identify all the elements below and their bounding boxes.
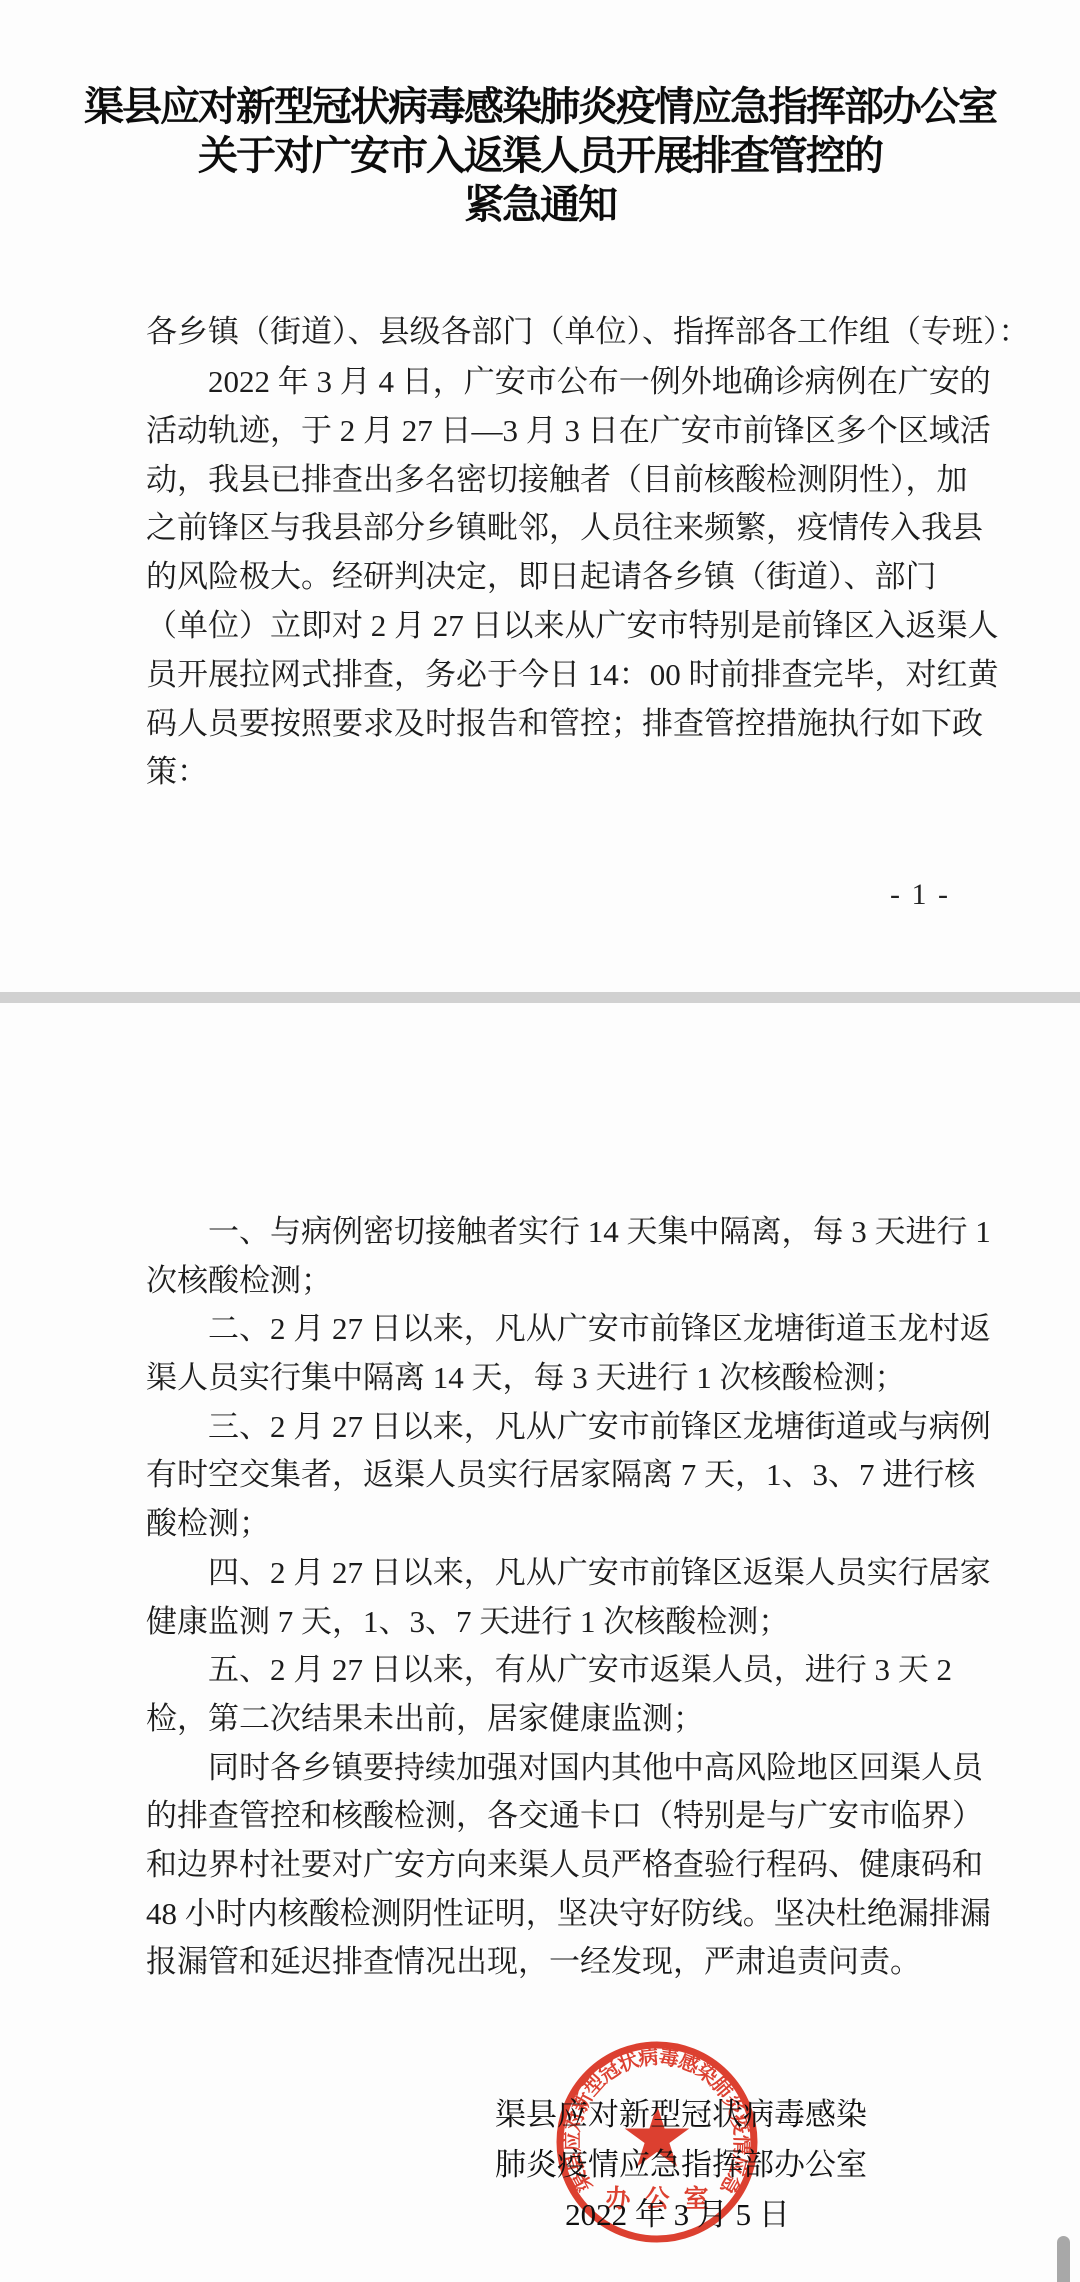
body-line: 一、与病例密切接触者实行 14 天集中隔离，每 3 天进行 1 (146, 1208, 946, 1257)
body-line: 策： (146, 748, 946, 797)
body-line: 动，我县已排查出多名密切接触者（目前核酸检测阴性），加 (146, 456, 946, 505)
signature-date: 2022 年 3 月 5 日 (495, 2190, 860, 2240)
body-line: 的风险极大。经研判决定，即日起请各乡镇（街道）、部门 (146, 553, 946, 602)
body-line: 活动轨迹，于 2 月 27 日—3 月 3 日在广安市前锋区多个区域活 (146, 407, 946, 456)
body-line: 之前锋区与我县部分乡镇毗邻，人员往来频繁，疫情传入我县 (146, 504, 946, 553)
page1-body: 2022 年 3 月 4 日，广安市公布一例外地确诊病例在广安的 活动轨迹，于 … (146, 358, 946, 797)
body-line: 码人员要按照要求及时报告和管控；排查管控措施执行如下政 (146, 700, 946, 749)
body-line: 和边界村社要对广安方向来渠人员严格查验行程码、健康码和 (146, 1841, 946, 1890)
body-line: 二、2 月 27 日以来，凡从广安市前锋区龙塘街道玉龙村返 (146, 1305, 946, 1354)
body-line: 五、2 月 27 日以来，有从广安市返渠人员，进行 3 天 2 (146, 1646, 946, 1695)
body-line: 次核酸检测； (146, 1257, 946, 1306)
body-line: 报漏管和延迟排查情况出现，一经发现，严肃追责问责。 (146, 1938, 946, 1987)
body-line: 健康监测 7 天，1、3、7 天进行 1 次核酸检测； (146, 1598, 946, 1647)
page-number: - 1 - (890, 878, 950, 912)
body-line: 检，第二次结果未出前，居家健康监测； (146, 1695, 946, 1744)
signature-line: 渠县应对新型冠状病毒感染 (495, 2090, 860, 2140)
body-line: 48 小时内核酸检测阴性证明，坚决守好防线。坚决杜绝漏排漏 (146, 1890, 946, 1939)
body-line: 的排查管控和核酸检测，各交通卡口（特别是与广安市临界） (146, 1792, 946, 1841)
body-line: 四、2 月 27 日以来，凡从广安市前锋区返渠人员实行居家 (146, 1549, 946, 1598)
page-gap-divider (0, 992, 1080, 1003)
body-line: （单位）立即对 2 月 27 日以来从广安市特别是前锋区入返渠人 (146, 602, 946, 651)
title-line: 关于对广安市入返渠人员开展排查管控的 (0, 131, 1080, 180)
page2-body: 一、与病例密切接触者实行 14 天集中隔离，每 3 天进行 1 次核酸检测； 二… (146, 1208, 946, 1987)
document-viewer: 渠县应对新型冠状病毒感染肺炎疫情应急指挥部办公室 关于对广安市入返渠人员开展排查… (0, 0, 1080, 2282)
body-line: 同时各乡镇要持续加强对国内其他中高风险地区回渠人员 (146, 1744, 946, 1793)
body-line: 渠人员实行集中隔离 14 天，每 3 天进行 1 次核酸检测； (146, 1354, 946, 1403)
title-line: 紧急通知 (0, 180, 1080, 229)
body-line: 有时空交集者，返渠人员实行居家隔离 7 天，1、3、7 进行核 (146, 1451, 946, 1500)
document-title: 渠县应对新型冠状病毒感染肺炎疫情应急指挥部办公室 关于对广安市入返渠人员开展排查… (0, 82, 1080, 229)
salutation: 各乡镇（街道）、县级各部门（单位）、指挥部各工作组（专班）： (146, 306, 1030, 351)
body-line: 员开展拉网式排查，务必于今日 14：00 时前排查完毕，对红黄 (146, 651, 946, 700)
signature-block: 渠县应对新型冠状病毒感染 肺炎疫情应急指挥部办公室 2022 年 3 月 5 日 (495, 2090, 860, 2240)
body-line: 酸检测； (146, 1500, 946, 1549)
signature-line: 肺炎疫情应急指挥部办公室 (495, 2140, 860, 2190)
title-line: 渠县应对新型冠状病毒感染肺炎疫情应急指挥部办公室 (0, 82, 1080, 131)
body-line: 三、2 月 27 日以来，凡从广安市前锋区龙塘街道或与病例 (146, 1403, 946, 1452)
body-line: 2022 年 3 月 4 日，广安市公布一例外地确诊病例在广安的 (146, 358, 946, 407)
scrollbar-thumb[interactable] (1057, 2236, 1070, 2282)
